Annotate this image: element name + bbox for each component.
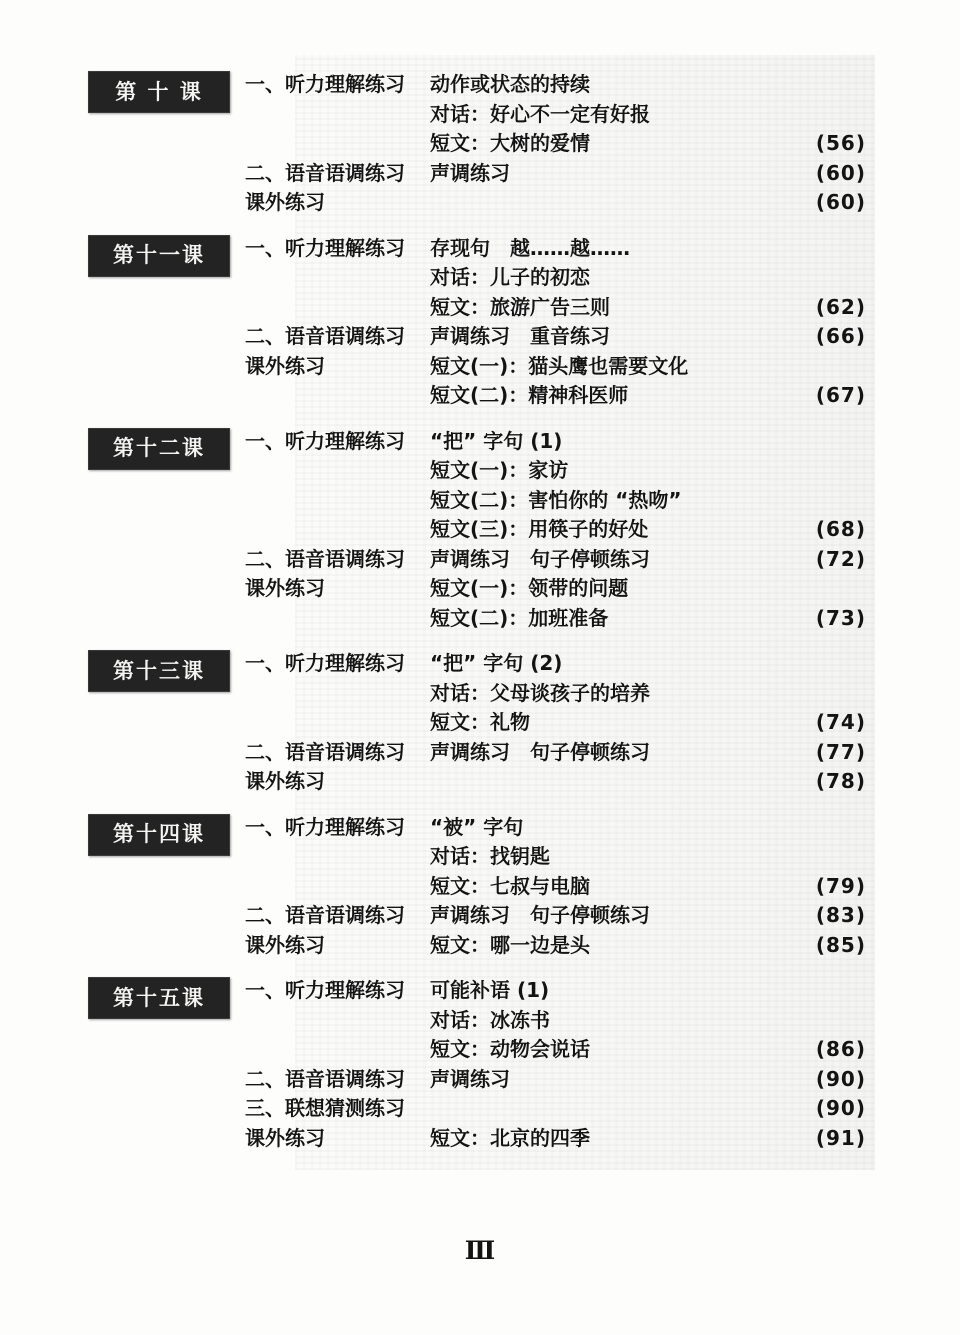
page-number: (90) (788, 1065, 872, 1095)
exercise-type: 一、听力理解练习 (245, 976, 430, 1006)
exercise-type: 二、语音语调练习 (245, 1065, 430, 1095)
page-number: (66) (788, 322, 872, 352)
content-title: 短文：七叔与电脑 (430, 872, 788, 902)
content-title: 短文(一)：家访 (430, 456, 788, 486)
toc-row: 短文(二)：加班准备 (73) (245, 604, 872, 634)
toc-row: 一、听力理解练习 可能补语 (1) (245, 976, 872, 1006)
toc-row: 二、语音语调练习 声调练习 重音练习 (66) (245, 322, 872, 352)
lesson-badge-label: 第十三课 (113, 661, 205, 682)
page-number: (73) (788, 604, 872, 634)
toc-row: 短文(二)：精神科医师 (67) (245, 381, 872, 411)
page-number: (85) (788, 931, 872, 961)
exercise-type: 一、听力理解练习 (245, 649, 430, 679)
content-title: 对话：找钥匙 (430, 842, 788, 872)
toc-row: 短文(二)：害怕你的 “热吻” (245, 486, 872, 516)
content-title: 短文(二)：加班准备 (430, 604, 788, 634)
toc-row: 短文：大树的爱情 (56) (245, 129, 872, 159)
exercise-type: 三、联想猜测练习 (245, 1094, 430, 1124)
page-number: (77) (788, 738, 872, 768)
exercise-type: 二、语音语调练习 (245, 901, 430, 931)
content-title: 对话：父母谈孩子的培养 (430, 679, 788, 709)
content-title: 可能补语 (1) (430, 976, 788, 1006)
toc-row: 短文：动物会说话 (86) (245, 1035, 872, 1065)
exercise-type: 课外练习 (245, 188, 430, 218)
content-title: 短文(二)：害怕你的 “热吻” (430, 486, 788, 516)
toc-row: 一、听力理解练习 “被” 字句 (245, 813, 872, 843)
exercise-type: 二、语音语调练习 (245, 159, 430, 189)
exercise-type: 二、语音语调练习 (245, 545, 430, 575)
page-number: (90) (788, 1094, 872, 1124)
exercise-type: 一、听力理解练习 (245, 427, 430, 457)
lesson-badge: 第十五课 (88, 977, 230, 1019)
content-title: 存现句 越……越…… (430, 234, 788, 264)
page-number: (62) (788, 293, 872, 323)
toc-row: 二、语音语调练习 声调练习 句子停顿练习 (72) (245, 545, 872, 575)
content-title: “把” 字句 (2) (430, 649, 788, 679)
toc-row: 一、听力理解练习 “把” 字句 (2) (245, 649, 872, 679)
page-number: (60) (788, 188, 872, 218)
page-number: (78) (788, 767, 872, 797)
footer-page-number: Ⅲ (465, 1236, 495, 1265)
toc-row: 对话：冰冻书 (245, 1006, 872, 1036)
toc-row: 课外练习 短文(一)：领带的问题 (245, 574, 872, 604)
lesson-badge: 第十二课 (88, 428, 230, 470)
exercise-type: 二、语音语调练习 (245, 738, 430, 768)
content-title: 短文：旅游广告三则 (430, 293, 788, 323)
content-title: 短文：动物会说话 (430, 1035, 788, 1065)
page-number: (91) (788, 1124, 872, 1154)
content-title: 短文：哪一边是头 (430, 931, 788, 961)
exercise-type: 课外练习 (245, 767, 430, 797)
toc-row: 课外练习 短文：哪一边是头 (85) (245, 931, 872, 961)
lesson-badge-label: 第十四课 (113, 824, 205, 845)
lesson-badge-label: 第十二课 (113, 438, 205, 459)
toc-row: 短文(三)：用筷子的好处 (68) (245, 515, 872, 545)
lesson-section-5: 第十四课 一、听力理解练习 “被” 字句 对话：找钥匙 短文：七叔与电脑 (79… (88, 813, 872, 961)
toc-row: 对话：找钥匙 (245, 842, 872, 872)
content-title: 声调练习 重音练习 (430, 322, 788, 352)
content-title: 短文：大树的爱情 (430, 129, 788, 159)
lesson-rows: 一、听力理解练习 存现句 越……越…… 对话：儿子的初恋 短文：旅游广告三则 (… (245, 234, 872, 411)
lesson-rows: 一、听力理解练习 “被” 字句 对话：找钥匙 短文：七叔与电脑 (79) 二、语… (245, 813, 872, 961)
content-title: 声调练习 (430, 159, 788, 189)
document-page: 第 十 课 一、听力理解练习 动作或状态的持续 对话：好心不一定有好报 短文：大… (0, 0, 960, 1335)
toc-row: 课外练习 (60) (245, 188, 872, 218)
page-number: (83) (788, 901, 872, 931)
toc-row: 一、听力理解练习 “把” 字句 (1) (245, 427, 872, 457)
exercise-type: 课外练习 (245, 352, 430, 382)
toc-row: 对话：好心不一定有好报 (245, 100, 872, 130)
toc-row: 短文：礼物 (74) (245, 708, 872, 738)
page-number: (67) (788, 381, 872, 411)
toc-row: 一、听力理解练习 动作或状态的持续 (245, 70, 872, 100)
content-title: 声调练习 句子停顿练习 (430, 545, 788, 575)
toc-row: 一、听力理解练习 存现句 越……越…… (245, 234, 872, 264)
lesson-rows: 一、听力理解练习 “把” 字句 (2) 对话：父母谈孩子的培养 短文：礼物 (7… (245, 649, 872, 797)
table-of-contents: 第 十 课 一、听力理解练习 动作或状态的持续 对话：好心不一定有好报 短文：大… (88, 70, 872, 1169)
exercise-type: 课外练习 (245, 574, 430, 604)
page-number: (60) (788, 159, 872, 189)
lesson-badge: 第十一课 (88, 235, 230, 277)
content-title: “把” 字句 (1) (430, 427, 788, 457)
lesson-badge: 第 十 课 (88, 71, 230, 113)
lesson-section-4: 第十三课 一、听力理解练习 “把” 字句 (2) 对话：父母谈孩子的培养 短文：… (88, 649, 872, 797)
lesson-section-1: 第 十 课 一、听力理解练习 动作或状态的持续 对话：好心不一定有好报 短文：大… (88, 70, 872, 218)
toc-row: 课外练习 (78) (245, 767, 872, 797)
toc-row: 二、语音语调练习 声调练习 (60) (245, 159, 872, 189)
exercise-type: 课外练习 (245, 1124, 430, 1154)
exercise-type: 二、语音语调练习 (245, 322, 430, 352)
content-title: 对话：好心不一定有好报 (430, 100, 788, 130)
toc-row: 课外练习 短文：北京的四季 (91) (245, 1124, 872, 1154)
page-number: (56) (788, 129, 872, 159)
content-title: 短文(三)：用筷子的好处 (430, 515, 788, 545)
lesson-badge: 第十三课 (88, 650, 230, 692)
content-title: 动作或状态的持续 (430, 70, 788, 100)
lesson-badge-label: 第十五课 (113, 988, 205, 1009)
exercise-type: 一、听力理解练习 (245, 813, 430, 843)
exercise-type: 一、听力理解练习 (245, 70, 430, 100)
lesson-section-2: 第十一课 一、听力理解练习 存现句 越……越…… 对话：儿子的初恋 短文：旅游广… (88, 234, 872, 411)
toc-row: 二、语音语调练习 声调练习 句子停顿练习 (83) (245, 901, 872, 931)
exercise-type: 课外练习 (245, 931, 430, 961)
content-title: 短文：北京的四季 (430, 1124, 788, 1154)
page-number: (74) (788, 708, 872, 738)
lesson-badge-label: 第 十 课 (115, 82, 203, 103)
page-footer: Ⅲ (0, 1236, 960, 1265)
content-title: 声调练习 句子停顿练习 (430, 901, 788, 931)
lesson-badge-label: 第十一课 (113, 245, 205, 266)
toc-row: 课外练习 短文(一)：猫头鹰也需要文化 (245, 352, 872, 382)
toc-row: 短文：旅游广告三则 (62) (245, 293, 872, 323)
lesson-rows: 一、听力理解练习 可能补语 (1) 对话：冰冻书 短文：动物会说话 (86) 二… (245, 976, 872, 1153)
content-title: 声调练习 (430, 1065, 788, 1095)
content-title: 短文(一)：领带的问题 (430, 574, 788, 604)
lesson-rows: 一、听力理解练习 “把” 字句 (1) 短文(一)：家访 短文(二)：害怕你的 … (245, 427, 872, 634)
lesson-badge: 第十四课 (88, 814, 230, 856)
content-title: 声调练习 句子停顿练习 (430, 738, 788, 768)
toc-row: 短文(一)：家访 (245, 456, 872, 486)
toc-row: 对话：儿子的初恋 (245, 263, 872, 293)
toc-row: 二、语音语调练习 声调练习 句子停顿练习 (77) (245, 738, 872, 768)
page-number: (79) (788, 872, 872, 902)
content-title: 短文(一)：猫头鹰也需要文化 (430, 352, 788, 382)
content-title: 对话：儿子的初恋 (430, 263, 788, 293)
content-title: 短文：礼物 (430, 708, 788, 738)
toc-row: 三、联想猜测练习 (90) (245, 1094, 872, 1124)
content-title: “被” 字句 (430, 813, 788, 843)
exercise-type: 一、听力理解练习 (245, 234, 430, 264)
page-number: (72) (788, 545, 872, 575)
lesson-rows: 一、听力理解练习 动作或状态的持续 对话：好心不一定有好报 短文：大树的爱情 (… (245, 70, 872, 218)
page-number: (68) (788, 515, 872, 545)
lesson-section-3: 第十二课 一、听力理解练习 “把” 字句 (1) 短文(一)：家访 短文(二)：… (88, 427, 872, 634)
content-title: 短文(二)：精神科医师 (430, 381, 788, 411)
lesson-section-6: 第十五课 一、听力理解练习 可能补语 (1) 对话：冰冻书 短文：动物会说话 (… (88, 976, 872, 1153)
toc-row: 二、语音语调练习 声调练习 (90) (245, 1065, 872, 1095)
content-title: 对话：冰冻书 (430, 1006, 788, 1036)
toc-row: 对话：父母谈孩子的培养 (245, 679, 872, 709)
page-number: (86) (788, 1035, 872, 1065)
toc-row: 短文：七叔与电脑 (79) (245, 872, 872, 902)
